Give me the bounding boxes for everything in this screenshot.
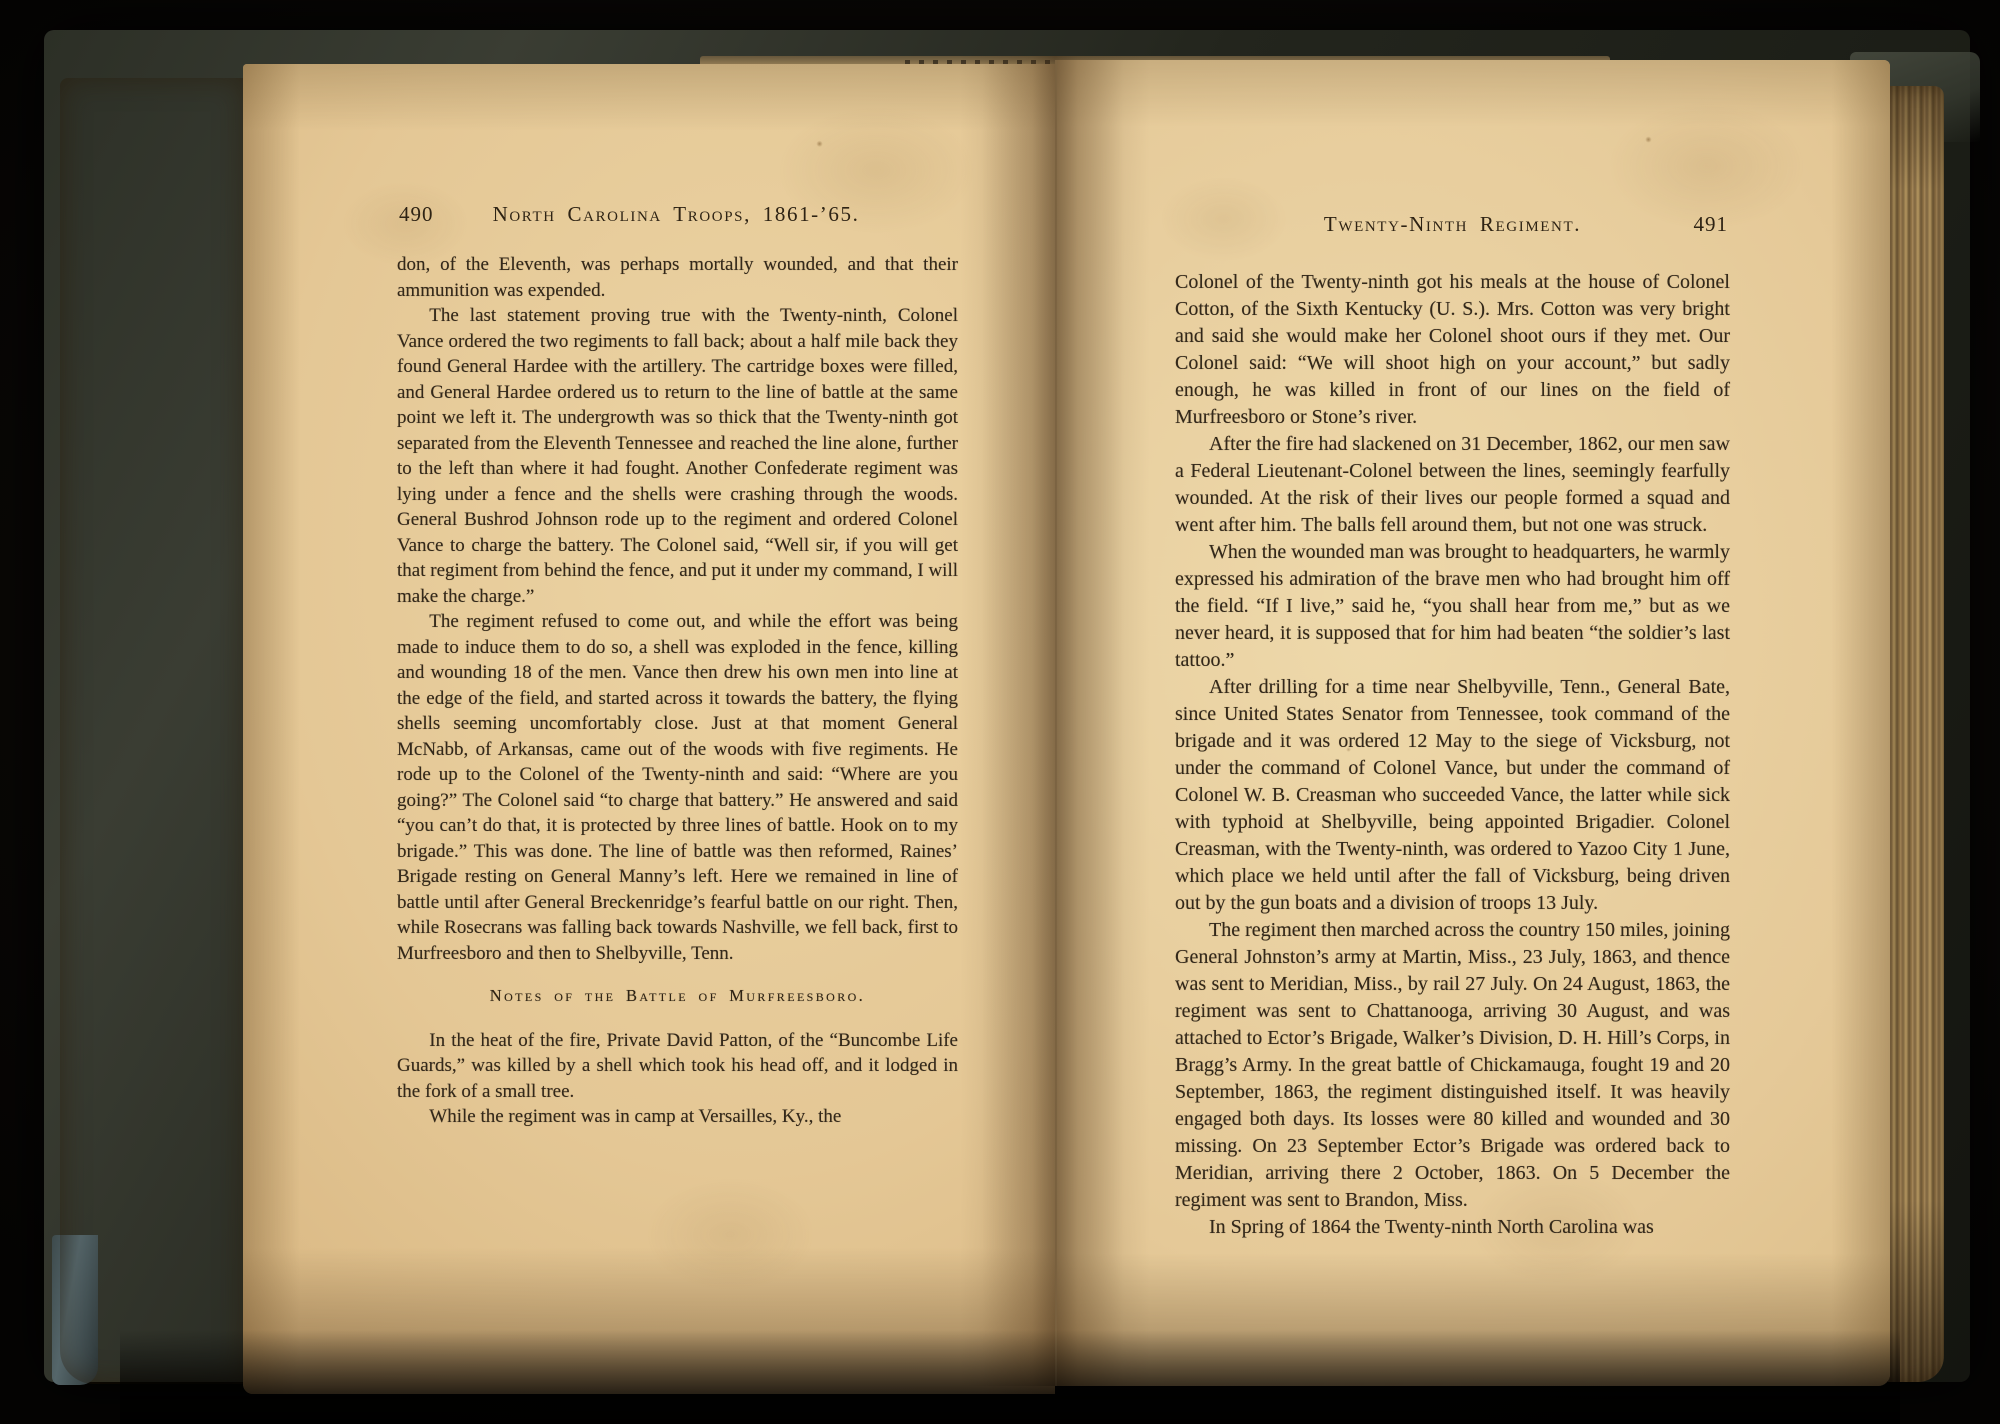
paragraph: After the fire had slackened on 31 Decem… [1175, 431, 1730, 539]
paragraph: The regiment then marched across the cou… [1175, 917, 1730, 1214]
paragraph: In the heat of the fire, Private David P… [397, 1028, 958, 1105]
paragraph: In Spring of 1864 the Twenty-ninth North… [1175, 1214, 1730, 1241]
left-running-title: North Carolina Troops, 1861-’65. [493, 202, 860, 226]
left-page-number: 490 [399, 202, 434, 227]
paragraph: When the wounded man was brought to head… [1175, 539, 1730, 674]
section-heading: Notes of the Battle of Murfreesboro. [397, 983, 958, 1009]
open-book-photo: 490 North Carolina Troops, 1861-’65. don… [0, 0, 2000, 1424]
left-page-stack-edges [60, 78, 244, 1384]
right-page-header: Twenty-Ninth Regiment. 491 [1175, 212, 1730, 237]
right-page-body: Colonel of the Twenty-ninth got his meal… [1175, 269, 1730, 1241]
paragraph: The regiment refused to come out, and wh… [397, 609, 958, 966]
right-running-title: Twenty-Ninth Regiment. [1324, 212, 1581, 236]
right-page: Twenty-Ninth Regiment. 491 Colonel of th… [1055, 60, 1890, 1386]
paragraph: While the regiment was in camp at Versai… [397, 1104, 958, 1130]
left-page-body: don, of the Eleventh, was perhaps mortal… [397, 252, 958, 1130]
paragraph: The last statement proving true with the… [397, 303, 958, 609]
paragraph: don, of the Eleventh, was perhaps mortal… [397, 252, 958, 303]
paragraph: After drilling for a time near Shelbyvil… [1175, 674, 1730, 917]
left-page-header: 490 North Carolina Troops, 1861-’65. [397, 202, 955, 227]
right-page-stack-edges [1888, 86, 1944, 1382]
left-page: 490 North Carolina Troops, 1861-’65. don… [243, 64, 1055, 1394]
right-page-number: 491 [1694, 212, 1729, 237]
paragraph: Colonel of the Twenty-ninth got his meal… [1175, 269, 1730, 431]
